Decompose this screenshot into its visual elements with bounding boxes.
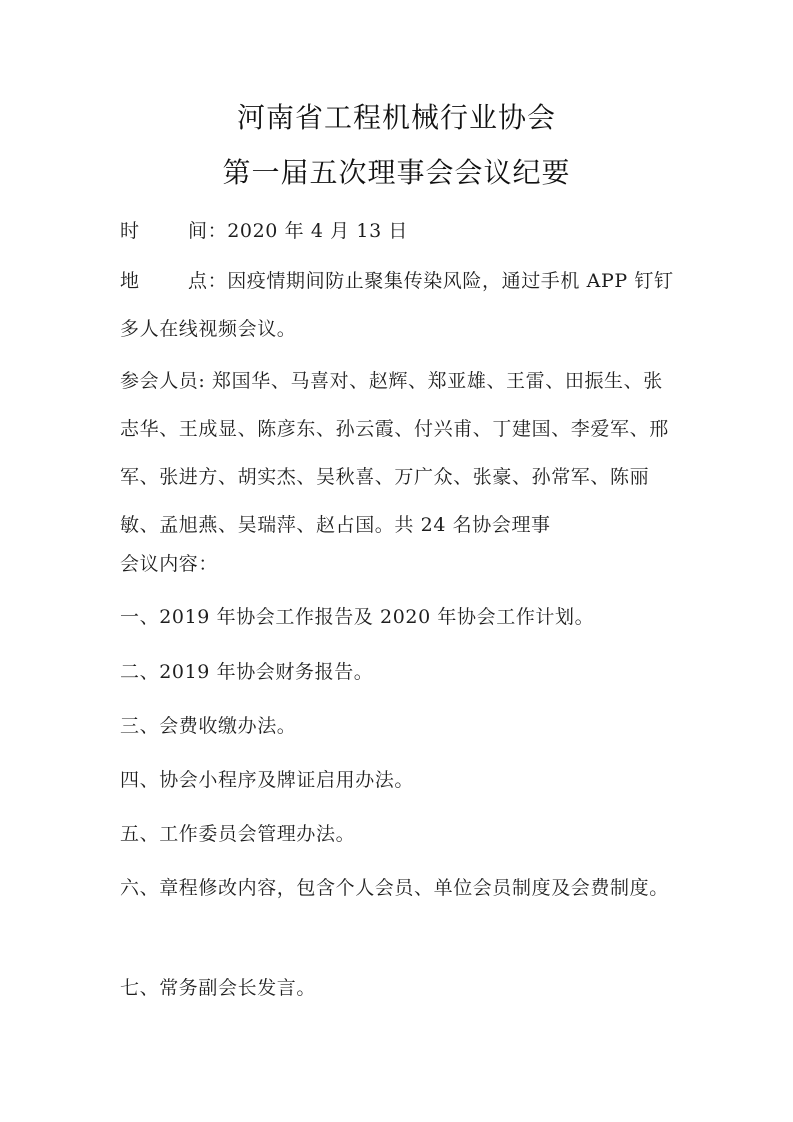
agenda-item: 五、工作委员会管理办法。: [120, 810, 680, 858]
agenda-item: 二、2019 年协会财务报告。: [120, 648, 680, 696]
time-label-char2: 间：: [188, 220, 227, 242]
attendees-summary: 共 24 名协会理事: [394, 514, 550, 536]
time-value: 2020 年 4 月 13 日: [227, 220, 408, 242]
time-label-char1: 时: [120, 207, 188, 255]
place-label-char1: 地: [120, 257, 188, 305]
agenda-item: 一、2019 年协会工作报告及 2020 年协会工作计划。: [120, 593, 680, 641]
meeting-time: 时间：2020 年 4 月 13 日: [120, 207, 680, 255]
agenda-item: 六、章程修改内容，包含个人会员、单位会员制度及会费制度。: [120, 864, 680, 912]
attendees-names: 郑国华、马喜对、赵辉、郑亚雄、王雷、田振生、张志华、王成显、陈彦东、孙云霞、付兴…: [120, 370, 669, 536]
attendees-label: 参会人员:: [120, 370, 205, 392]
document-title-line-1: 河南省工程机械行业协会: [0, 101, 793, 135]
document-title-line-2: 第一届五次理事会会议纪要: [0, 156, 793, 190]
meeting-place: 地点：因疫情期间防止聚集传染风险，通过手机 APP 钉钉多人在线视频会议。: [120, 257, 680, 353]
agenda-item: 三、会费收缴办法。: [120, 702, 680, 750]
agenda-item: 四、协会小程序及牌证启用办法。: [120, 756, 680, 804]
agenda-item: 七、常务副会长发言。: [120, 964, 680, 1012]
document-page: 河南省工程机械行业协会 第一届五次理事会会议纪要 时间：2020 年 4 月 1…: [0, 0, 793, 1122]
meeting-attendees: 参会人员: 郑国华、马喜对、赵辉、郑亚雄、王雷、田振生、张志华、王成显、陈彦东、…: [120, 357, 680, 549]
meeting-contents-label: 会议内容：: [120, 540, 680, 588]
place-label-char2: 点：: [188, 270, 227, 292]
